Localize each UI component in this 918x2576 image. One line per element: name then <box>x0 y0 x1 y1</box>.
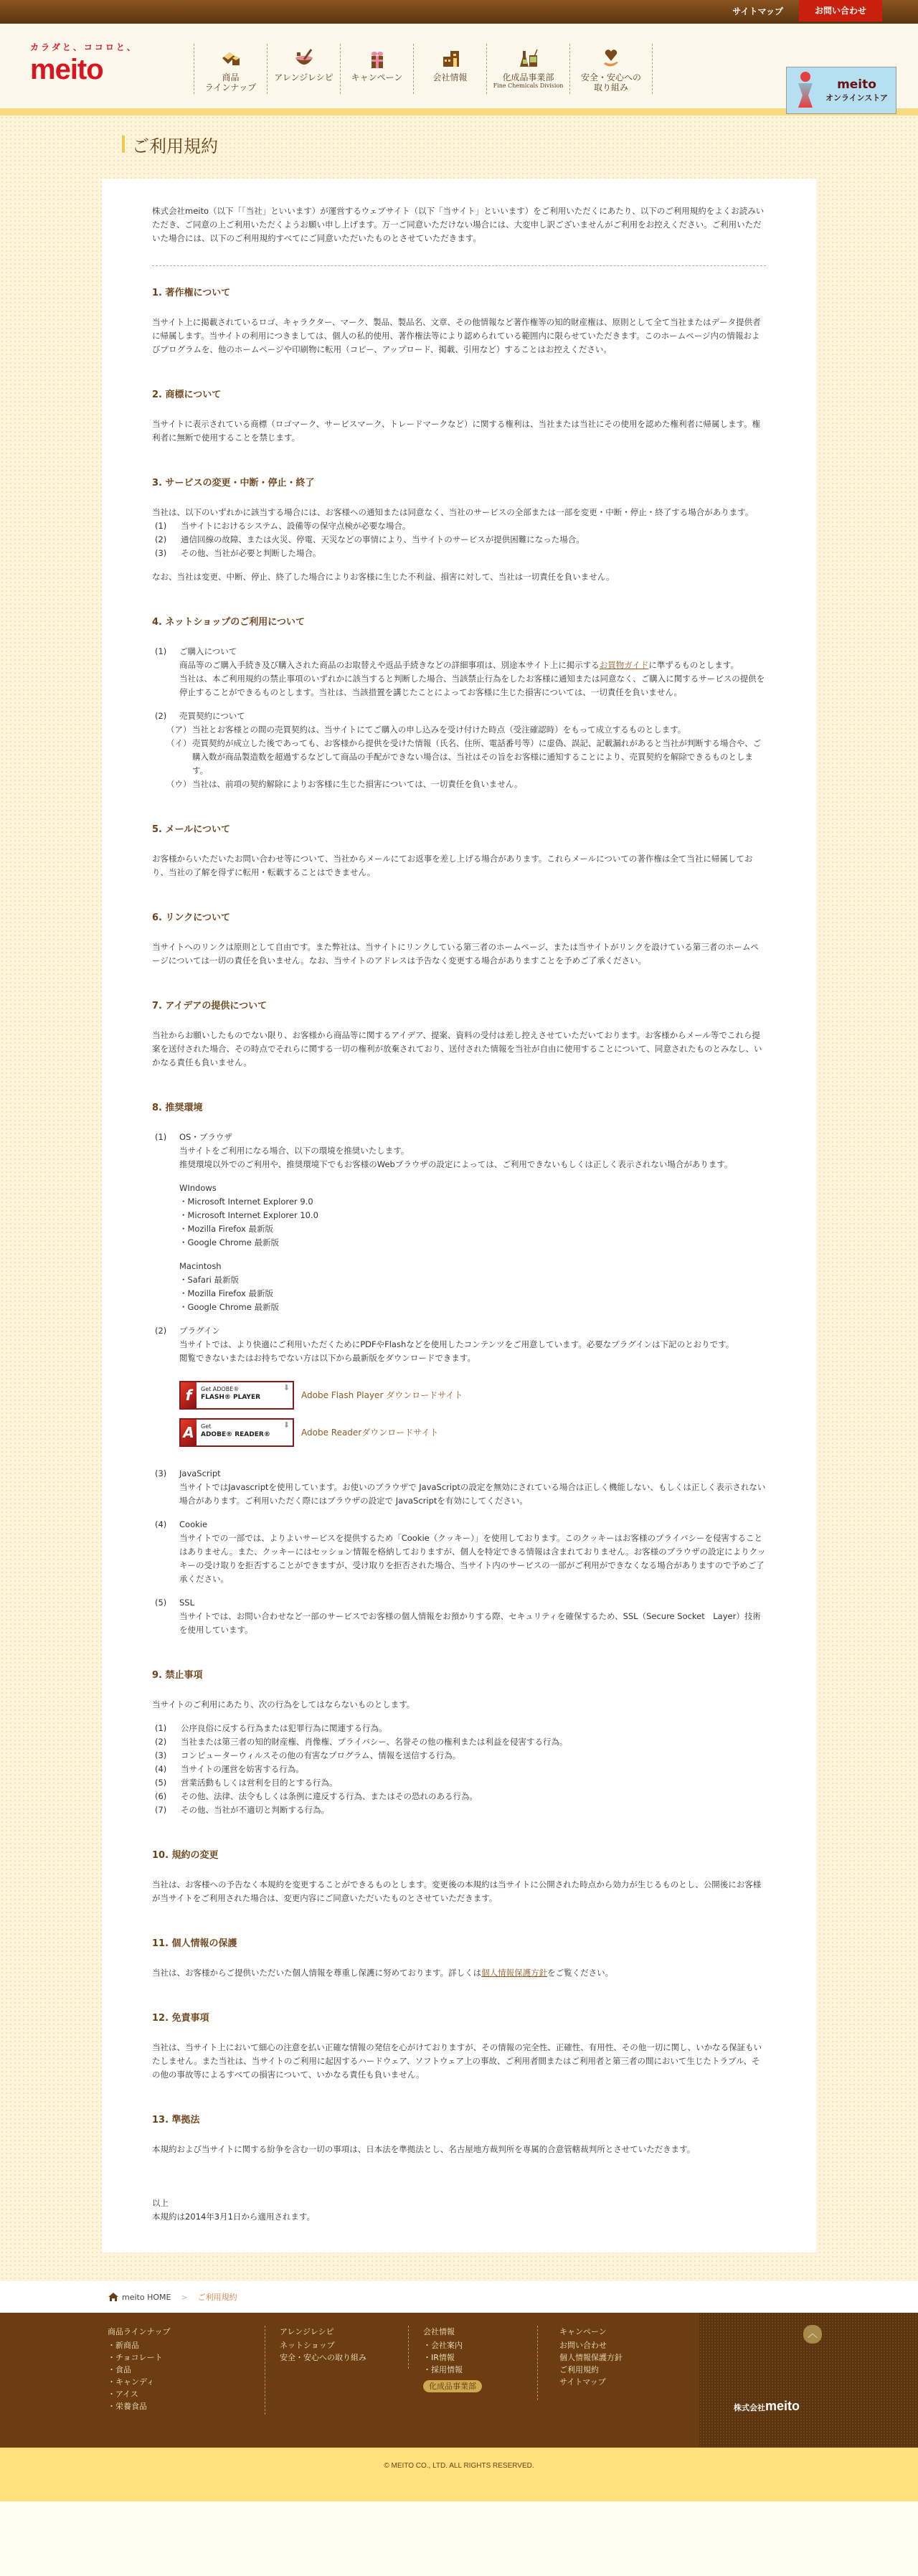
store-figure-icon <box>798 72 813 109</box>
section-terms-change: 10. 規約の変更 当社は、お客様への予告なく本規約を変更することができるものと… <box>152 1849 766 1905</box>
download-arrow-icon: ⬇ <box>283 1421 290 1429</box>
footer-col-company: 会社情報 ・会社案内 ・IR情報 ・採用情報 化成品事業部 <box>409 2326 538 2400</box>
home-icon <box>108 2292 119 2302</box>
footer: 商品ラインナップ ・新商品 ・チョコレート ・食品 ・キャンディ ・アイス ・栄… <box>0 2313 918 2448</box>
contact-button[interactable]: お問い合わせ <box>799 0 882 22</box>
flash-download-link[interactable]: Adobe Flash Player ダウンロードサイト <box>301 1389 463 1402</box>
section-copyright: 1. 著作権について 当サイト上に掲載されているロゴ、キャラクター、マーク、製品… <box>152 286 766 357</box>
reader-download-link[interactable]: Adobe Readerダウンロードサイト <box>301 1426 438 1440</box>
chocolate-cube-icon <box>219 48 242 70</box>
chevron-up-icon: ︿ <box>808 2329 818 2340</box>
sitemap-link[interactable]: サイトマップ <box>732 5 783 17</box>
page-title: ご利用規約 <box>108 131 810 157</box>
section-disclaimer: 12. 免責事項 当社は、当サイト上において細心の注意を払い正確な情報の発信を心… <box>152 2011 766 2082</box>
effective-date: 本規約は2014年3月1日から適用されます。 <box>152 2210 766 2224</box>
get-flash-player-button[interactable]: f Get ADOBE®FLASH® PLAYER⬇ <box>179 1381 294 1410</box>
back-to-top-button[interactable]: ︿ <box>803 2325 822 2344</box>
global-nav: 商品 ラインナップ アレンジレシピ キャンペーン 会社情報 化成品事業部 Fin… <box>194 44 653 114</box>
section-prohibited: 9. 禁止事項 当サイトのご利用にあたり、次の行為をしてはならないものとします。… <box>152 1669 766 1817</box>
site-header: カラダと、ココロと、 meito 商品 ラインナップ アレンジレシピ キャンペー… <box>0 24 918 115</box>
intro-text: 株式会社meito（以下「「当社」といいます）が運営するウェブサイト（以下「当サ… <box>152 204 766 266</box>
shopping-guide-link[interactable]: お買物ガイド <box>600 660 649 670</box>
privacy-policy-link[interactable]: 個人情報保護方針 <box>481 1968 547 1978</box>
nav-campaign[interactable]: キャンペーン <box>340 44 413 94</box>
reader-download-row: A GetADOBE® READER®⬇ Adobe Readerダウンロードサ… <box>179 1418 766 1447</box>
terms-card: 株式会社meito（以下「「当社」といいます）が運営するウェブサイト（以下「当サ… <box>102 179 816 2252</box>
footer-col-recipes: アレンジレシピ ネットショップ 安全・安心への取り組み <box>265 2326 409 2369</box>
top-utility-bar: サイトマップ お問い合わせ <box>0 0 918 24</box>
flask-icon <box>517 48 540 70</box>
acrobat-logo-icon: A <box>181 1420 197 1445</box>
section-privacy: 11. 個人情報の保護 当社は、お客様からご提供いただいた個人情報を尊重し保護に… <box>152 1937 766 1980</box>
footer-brand-panel: ︿ 株式会社meito <box>699 2313 918 2448</box>
download-arrow-icon: ⬇ <box>283 1384 290 1392</box>
tagline: カラダと、ココロと、 <box>30 41 138 53</box>
flash-download-row: f Get ADOBE®FLASH® PLAYER⬇ Adobe Flash P… <box>179 1381 766 1410</box>
mixing-bowl-icon <box>293 48 316 70</box>
breadcrumb-home[interactable]: meito HOME <box>108 2292 171 2302</box>
fine-chemicals-pill[interactable]: 化成品事業部 <box>423 2380 482 2392</box>
section-ideas: 7. アイデアの提供について 当社からお願いしたものでない限り、お客様から商品等… <box>152 999 766 1070</box>
flash-logo-icon: f <box>181 1382 197 1408</box>
section-mail: 5. メールについて お客様からいただいたお問い合わせ等について、当社からメール… <box>152 823 766 879</box>
footer-col-misc: キャンペーン お問い合わせ 個人情報保護方針 ご利用規約 サイトマップ <box>538 2326 637 2448</box>
nav-safety[interactable]: 安全・安心への 取り組み <box>569 44 653 94</box>
section-governing-law: 13. 準拠法 本規約および当サイトに関する紛争を含む一切の事項は、日本法を準拠… <box>152 2113 766 2156</box>
title-accent-bar <box>122 136 125 153</box>
get-adobe-reader-button[interactable]: A GetADOBE® READER®⬇ <box>179 1418 294 1447</box>
section-trademark: 2. 商標について 当サイトに表示されている商標（ロゴマーク、サービスマーク、ト… <box>152 388 766 445</box>
section-service-change: 3. サービスの変更・中断・停止・終了 当社は、以下のいずれかに該当する場合には… <box>152 476 766 584</box>
main-area: ご利用規約 株式会社meito（以下「「当社」といいます）が運営するウェブサイト… <box>0 115 918 2281</box>
heart-hand-icon <box>600 48 623 70</box>
section-environment: 8. 推奨環境 (1) OS・ブラウザ 当サイトをご利用になる場合、以下の環境を… <box>152 1101 766 1637</box>
section-links: 6. リンクについて 当サイトへのリンクは原則として自由です。また弊社は、当サイ… <box>152 911 766 968</box>
nav-recipes[interactable]: アレンジレシピ <box>267 44 340 94</box>
nav-fine-chemicals[interactable]: 化成品事業部 Fine Chemicals Division <box>486 44 569 94</box>
gift-box-icon <box>366 48 389 70</box>
copyright: © MEITO CO., LTD. ALL RIGHTS RESERVED. <box>0 2448 918 2501</box>
nav-company[interactable]: 会社情報 <box>413 44 486 94</box>
logo[interactable]: カラダと、ココロと、 meito <box>30 41 138 86</box>
breadcrumb: meito HOME > ご利用規約 <box>0 2281 918 2313</box>
online-store-banner[interactable]: meito オンラインストア <box>786 67 896 114</box>
breadcrumb-current: ご利用規約 <box>198 2291 237 2303</box>
closing: 以上 <box>152 2197 766 2210</box>
corporate-logo: 株式会社meito <box>734 2399 800 2414</box>
building-icon <box>439 48 462 70</box>
footer-col-products: 商品ラインナップ ・新商品 ・チョコレート ・食品 ・キャンディ ・アイス ・栄… <box>108 2326 265 2415</box>
brand-name: meito <box>30 53 138 86</box>
section-netshop: 4. ネットショップのご利用について (1) ご購入について 商品等のご購入手続… <box>152 615 766 791</box>
nav-products[interactable]: 商品 ラインナップ <box>194 44 267 94</box>
